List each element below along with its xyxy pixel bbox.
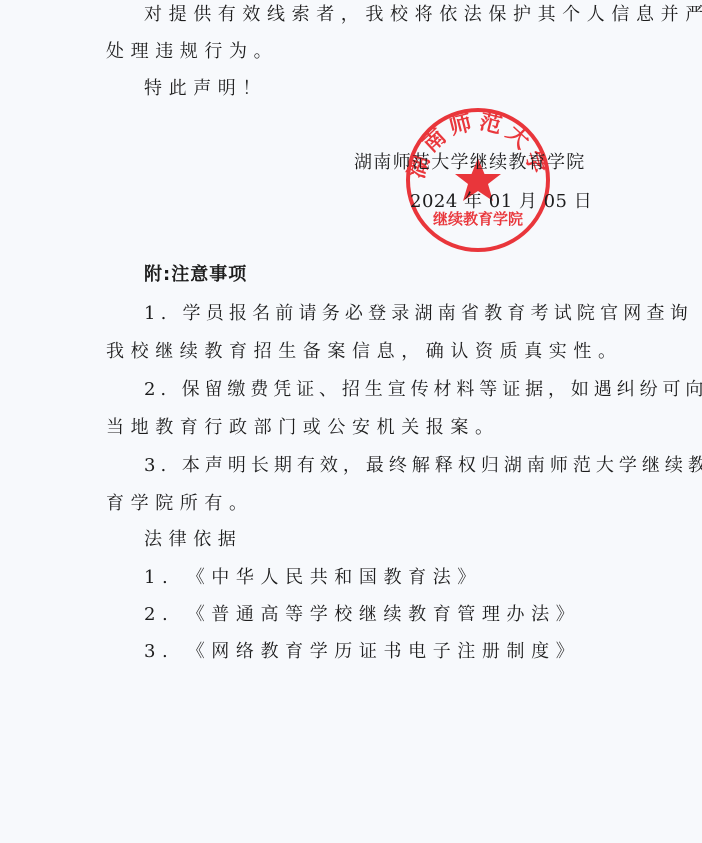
appendix-item-3-line2: 育学院所有。 <box>106 492 254 516</box>
closing-statement: 特此声明！ <box>144 77 267 101</box>
appendix-item-1-line2: 我校继续教育招生备案信息，确认资质真实性。 <box>106 340 623 364</box>
appendix-item-3-line1: 3. 本声明长期有效，最终解释权归湖南师范大学继续教 <box>144 454 702 478</box>
legal-basis-item: 3. 《网络教育学历证书电子注册制度》 <box>144 640 580 664</box>
legal-basis-item: 2. 《普通高等学校继续教育管理办法》 <box>144 603 580 627</box>
document-page: 对提供有效线索者，我校将依法保护其个人信息并严肃 处理违规行为。 特此声明！ 湖… <box>0 0 702 843</box>
appendix-heading: 附:注意事项 <box>144 263 247 287</box>
signature-date: 2024 年 01 月 05 日 <box>410 190 592 214</box>
legal-basis-item: 1. 《中华人民共和国教育法》 <box>144 566 482 590</box>
signature-organization: 湖南师范大学继续教育学院 <box>354 151 586 175</box>
legal-basis-heading: 法律依据 <box>144 528 242 552</box>
appendix-item-2-line1: 2. 保留缴费凭证、招生宣传材料等证据，如遇纠纷可向 <box>144 378 702 402</box>
paragraph-line: 对提供有效线索者，我校将依法保护其个人信息并严肃 <box>144 3 702 27</box>
appendix-item-1-line1: 1. 学员报名前请务必登录湖南省教育考试院官网查询 <box>144 302 693 326</box>
appendix-item-2-line2: 当地教育行政部门或公安机关报案。 <box>106 416 500 440</box>
paragraph-line: 处理违规行为。 <box>106 40 278 64</box>
official-seal: 湖南师范大学 继续教育学院 <box>404 106 552 254</box>
